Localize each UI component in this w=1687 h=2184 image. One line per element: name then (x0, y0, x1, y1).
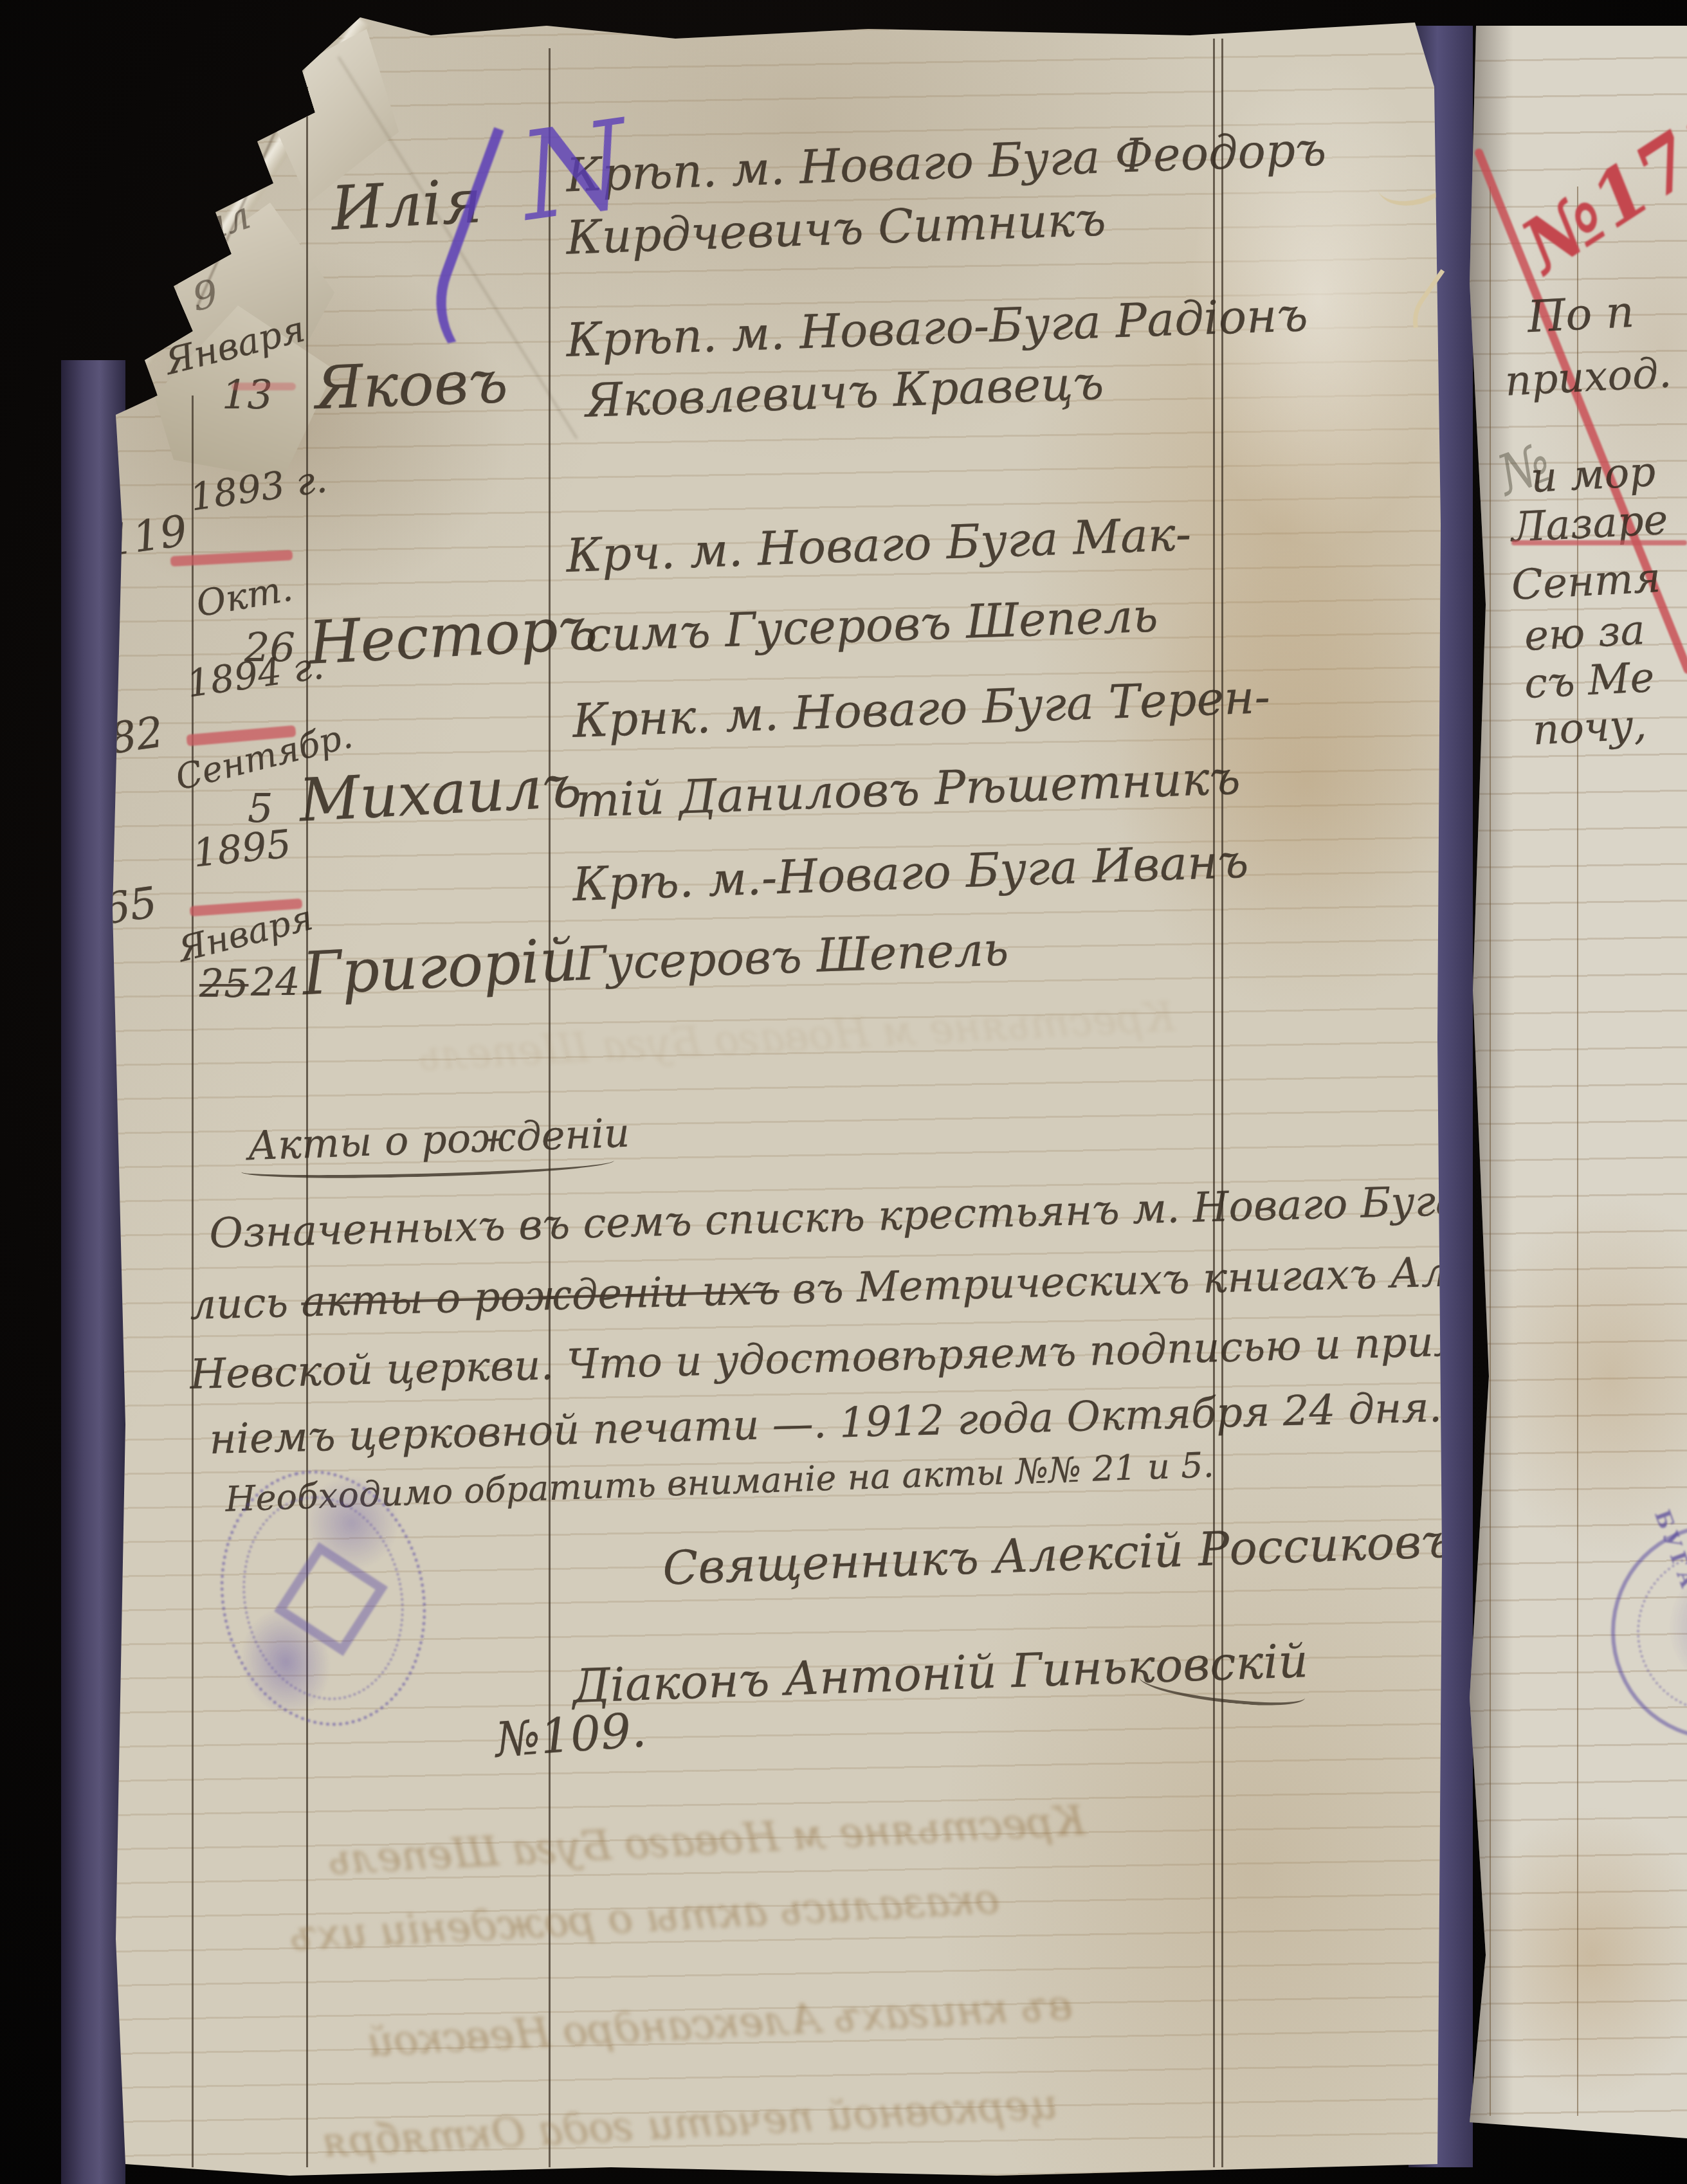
bleedthrough-text: Крестьяне м Новаго Буга Шепель (327, 1797, 1086, 1884)
table-rule (1490, 187, 1491, 2116)
red-underline (1511, 540, 1687, 545)
entry-date-year: 1893 г. (187, 457, 329, 519)
text-fragment: ею за (1523, 606, 1646, 660)
bleedthrough-text: въ книгахъ Александро Невской (366, 1981, 1073, 2066)
entry-number: 32 (197, 126, 254, 179)
bleedthrough-text: оказались акты о рожденіи ихъ (289, 1875, 1001, 1960)
table-rule-d2 (1221, 39, 1223, 2167)
entry-name: Григорій (300, 925, 579, 1008)
torn-edge-shadow (1468, 26, 1513, 2138)
partial-church-stamp: БУГА ХЕРСОН Е (1611, 1524, 1687, 1740)
entry-date-day: 13 (222, 371, 273, 418)
purple-pencil-mark: N (511, 93, 637, 249)
entry-desc-line-2: Гусеровъ Шепель (575, 922, 1010, 990)
certificate-line-2-pre: лись (189, 1279, 302, 1329)
signature-priest: Священникъ Алексій Россиковъ (662, 1514, 1453, 1596)
text-fragment: По п (1526, 287, 1636, 343)
document-number: №109. (493, 1702, 648, 1768)
bleedthrough-text: Крестьяне м Новаго Буга Шепель (417, 993, 1176, 1080)
bleedthrough-text: церковной печати года Октября (321, 2080, 1059, 2167)
entry-desc-line-1: Крѣп. м. Новаго-Буга Радіонъ (565, 287, 1309, 367)
entry-date-month: Окт. (193, 567, 295, 625)
red-mark (193, 178, 241, 185)
entry-desc-line-1: Крч. м. Новаго Буга Мак- (565, 507, 1192, 583)
entry-date-year: 1895 (191, 821, 293, 877)
left-binding-cloth (61, 360, 125, 2184)
text-fragment: приход. (1504, 349, 1672, 405)
table-rule-d1 (1213, 39, 1215, 2167)
certificate-line-1: Означенныхъ въ семъ спискѣ крестьянъ м. … (208, 1173, 1621, 1257)
text-fragment: Сентя (1510, 554, 1662, 610)
text-fragment: и мор (1529, 448, 1657, 502)
entry-desc-line-2: Яковлевичъ Кравецъ (585, 356, 1105, 428)
entry-name: Несторъ (307, 594, 599, 677)
certificate-line-2-struck: акты о рожденіи ихъ (300, 1266, 780, 1326)
entry-date-day: 24 (251, 960, 300, 1005)
photo-of-archival-document: { "palette": { "paper": "#d3ccbb", "pape… (0, 0, 1687, 2184)
right-page: №171 № По п приход. и мор Лазаре Сентя е… (1450, 26, 1687, 2138)
entry-desc-line-1: Крнк. м. Новаго Буга Терен- (572, 669, 1271, 748)
text-fragment: съ Ме (1523, 654, 1655, 708)
entry-desc-line-2: Кирдчевичъ Ситникъ (565, 192, 1107, 264)
entry-desc-line-2: тій Даниловъ Рѣшетникъ (575, 751, 1241, 828)
left-page: 32 кал 9 Илія Крѣп. м. Новаго Буга Феодо… (96, 10, 1444, 2176)
entry-date-day-struck: 25 (199, 961, 248, 1006)
red-crayon-number: №171 (1507, 86, 1687, 289)
text-fragment: почу, (1531, 701, 1648, 754)
red-smudge (232, 383, 296, 390)
entry-desc-line-1: Крѣ. м.-Новаго Буга Иванъ (572, 834, 1250, 912)
entry-date-year: 1894 г. (184, 643, 326, 705)
entry-name: Михаилъ (298, 752, 583, 835)
entry-name: Яковъ (314, 347, 509, 423)
entry-desc-line-2: симъ Гусеровъ Шепель (585, 588, 1159, 662)
